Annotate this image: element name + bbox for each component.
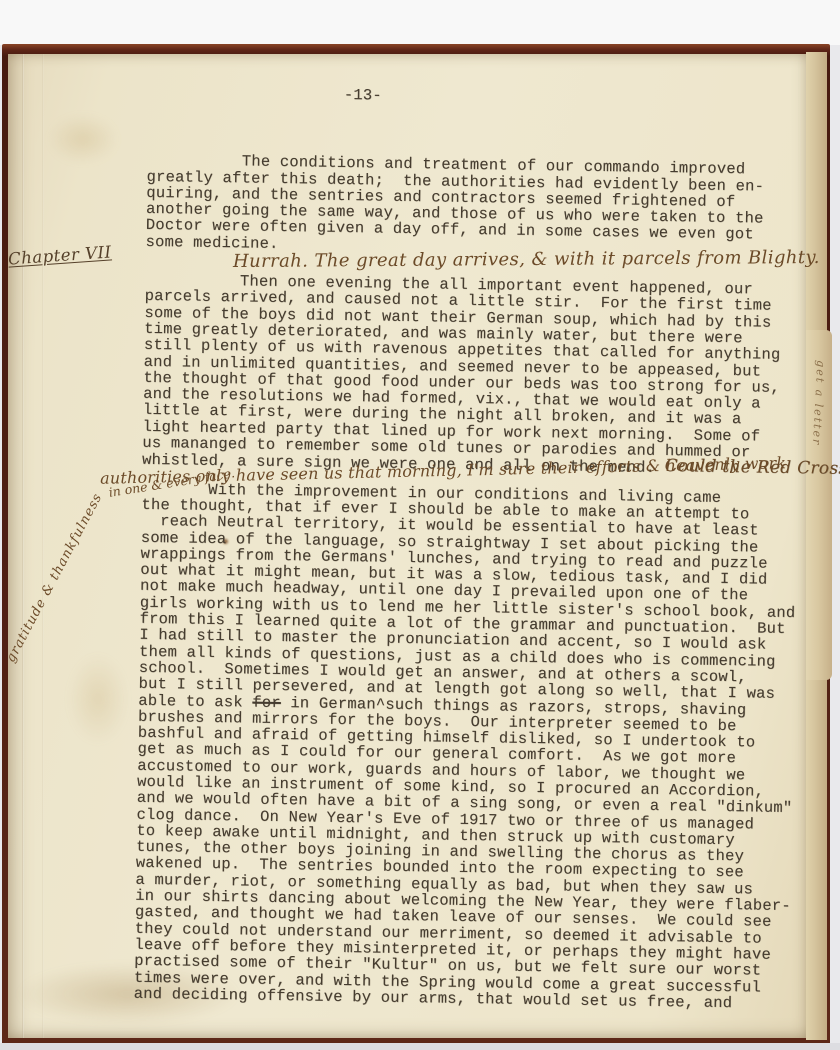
photo-background-bottom — [0, 1043, 840, 1050]
paragraph: Then one evening the all important event… — [142, 272, 813, 478]
handwritten-margin-note-diagonal: gratitude & thankfulness — [3, 491, 105, 665]
document-page: -13- The conditions and treatment of our… — [8, 54, 806, 1038]
gutter-crease — [22, 54, 24, 1038]
typed-text-layer: -13- The conditions and treatment of our… — [134, 84, 816, 1013]
paragraph: The conditions and treatment of our comm… — [145, 152, 814, 260]
gutter-crease — [42, 54, 44, 1038]
paragraph: With the improvement in our conditions a… — [134, 480, 810, 1012]
scanned-page-photo: { "photo": { "backdrop_color": "#e9e9ec"… — [0, 0, 840, 1050]
photo-background-top — [0, 0, 840, 45]
page-number: -13- — [148, 84, 816, 111]
foxing-stain — [68, 654, 128, 744]
foxing-stain — [48, 114, 118, 164]
handwritten-hurrah-note: Hurrah. The great day arrives, & with it… — [233, 247, 820, 272]
